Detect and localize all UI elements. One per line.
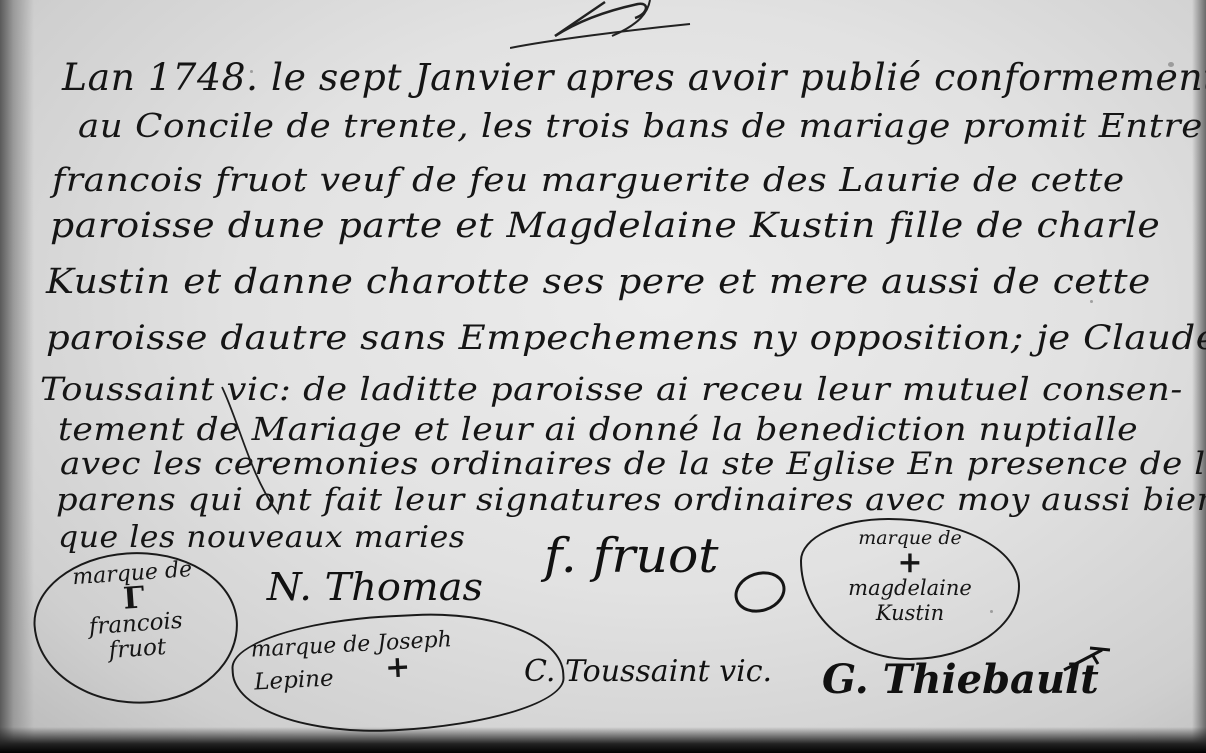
mark-oval-joseph-lepine: marque de Joseph + Lepine <box>229 606 567 739</box>
signature-fruot: f. fruot <box>544 528 719 584</box>
signature-paraphe-icon <box>729 565 791 619</box>
record-line-5: Kustin et danne charotte ses pere et mer… <box>46 262 1151 302</box>
signature-toussaint: C. Toussaint vic. <box>524 654 772 689</box>
signature-thomas: N. Thomas <box>267 565 483 609</box>
record-line-7: Toussaint vic: de laditte paroisse ai re… <box>40 370 1183 408</box>
record-line-1: Lan 1748. le sept Janvier apres avoir pu… <box>62 56 1206 99</box>
mark-name-first: magdelaine <box>802 576 1018 601</box>
record-line-4: paroisse dune parte et Magdelaine Kustin… <box>50 206 1160 246</box>
signature-thiebault: G. Thiebault <box>822 656 1099 703</box>
mark-cross-icon: + <box>802 550 1018 576</box>
record-line-11: que les nouveaux maries <box>58 520 465 555</box>
page-shadow-left <box>0 0 34 753</box>
mark-name-last: Kustin <box>802 601 1018 626</box>
record-line-2: au Concile de trente, les trois bans de … <box>78 106 1203 145</box>
record-line-6: paroisse dautre sans Empechemens ny oppo… <box>46 318 1206 358</box>
pen-flourish <box>510 0 710 50</box>
page-shadow-bottom <box>0 727 1206 753</box>
pen-stroke <box>220 385 290 525</box>
signature-flourish-icon <box>1062 644 1112 674</box>
scanned-document-page: Lan 1748. le sept Janvier apres avoir pu… <box>0 0 1206 753</box>
mark-oval-francois-fruot: marque de Γ francois fruot <box>29 545 243 711</box>
record-line-3: francois fruot veuf de feu marguerite de… <box>52 160 1125 199</box>
mark-oval-magdelaine-kustin: marque de + magdelaine Kustin <box>800 518 1020 660</box>
